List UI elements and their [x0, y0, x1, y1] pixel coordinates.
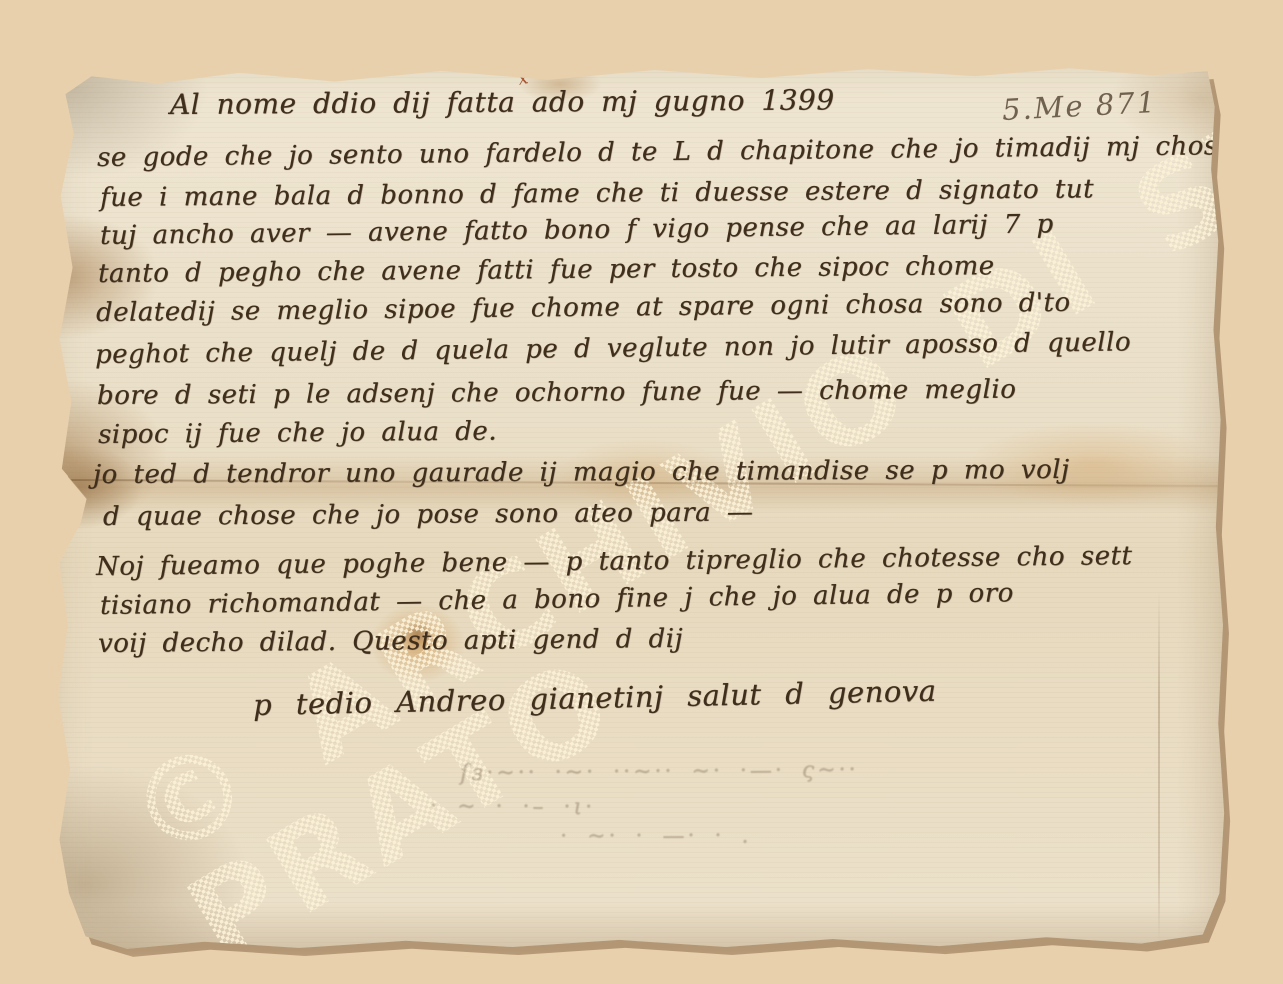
- manuscript-line-11: d quae chose che jo pose sono ateo para …: [103, 498, 754, 531]
- faded-trace-1: ſз·~·· ·~· ··~·· ~· ·—· ς~··: [460, 759, 859, 787]
- manuscript-line-10: jo ted d tendror uno gaurade ij magio ch…: [93, 456, 1070, 490]
- manuscript-line-3: fue i mane bala d bonno d fame che ti du…: [100, 175, 1094, 212]
- faded-trace-3: · ~· · —· · .: [560, 824, 751, 849]
- manuscript-line-12: Noj fueamo que poghe bene — p tanto tipr…: [96, 542, 1133, 581]
- manuscript-line-2: se gode che jo sento uno fardelo d te L …: [97, 132, 1227, 172]
- manuscript-line-6: delatedij se meglio sipoe fue chome at s…: [96, 289, 1071, 328]
- manuscript-line-5: tanto d pegho che avene fatti fue per to…: [98, 252, 995, 288]
- manuscript-line-8: bore d seti p le adsenj che ochorno fune…: [97, 376, 1016, 411]
- manuscript-line-4: tuj ancho aver — avene fatto bono f vigo…: [100, 210, 1054, 250]
- manuscript-paper: © ARCHIVIO DI STATO DI PRATO 5.Me 871 x …: [50, 62, 1236, 956]
- manuscript-line-14: voij decho dilad. Questo apti gend d dij: [98, 625, 683, 659]
- fold-crease-vertical: [1158, 592, 1160, 942]
- archival-shelf-mark: 5.Me 871: [1001, 88, 1157, 125]
- manuscript-line-1: Al nome ddio dij fatta ado mj gugno 1399: [170, 85, 835, 120]
- faded-trace-2: · ~ · ·– ·ι·: [430, 795, 595, 820]
- manuscript-line-9: sipoc ij fue che jo alua de.: [98, 418, 497, 450]
- manuscript-line-13: tisiano richomandat — che a bono fine j …: [100, 579, 1014, 620]
- manuscript-line-7: peghot che quelj de d quela pe d veglute…: [95, 328, 1131, 369]
- signature-line: p tedio Andreo gianetinj salut d genova: [253, 676, 937, 722]
- manuscript-scan: { "scan": { "background_color": "#e8d0ad…: [0, 0, 1283, 984]
